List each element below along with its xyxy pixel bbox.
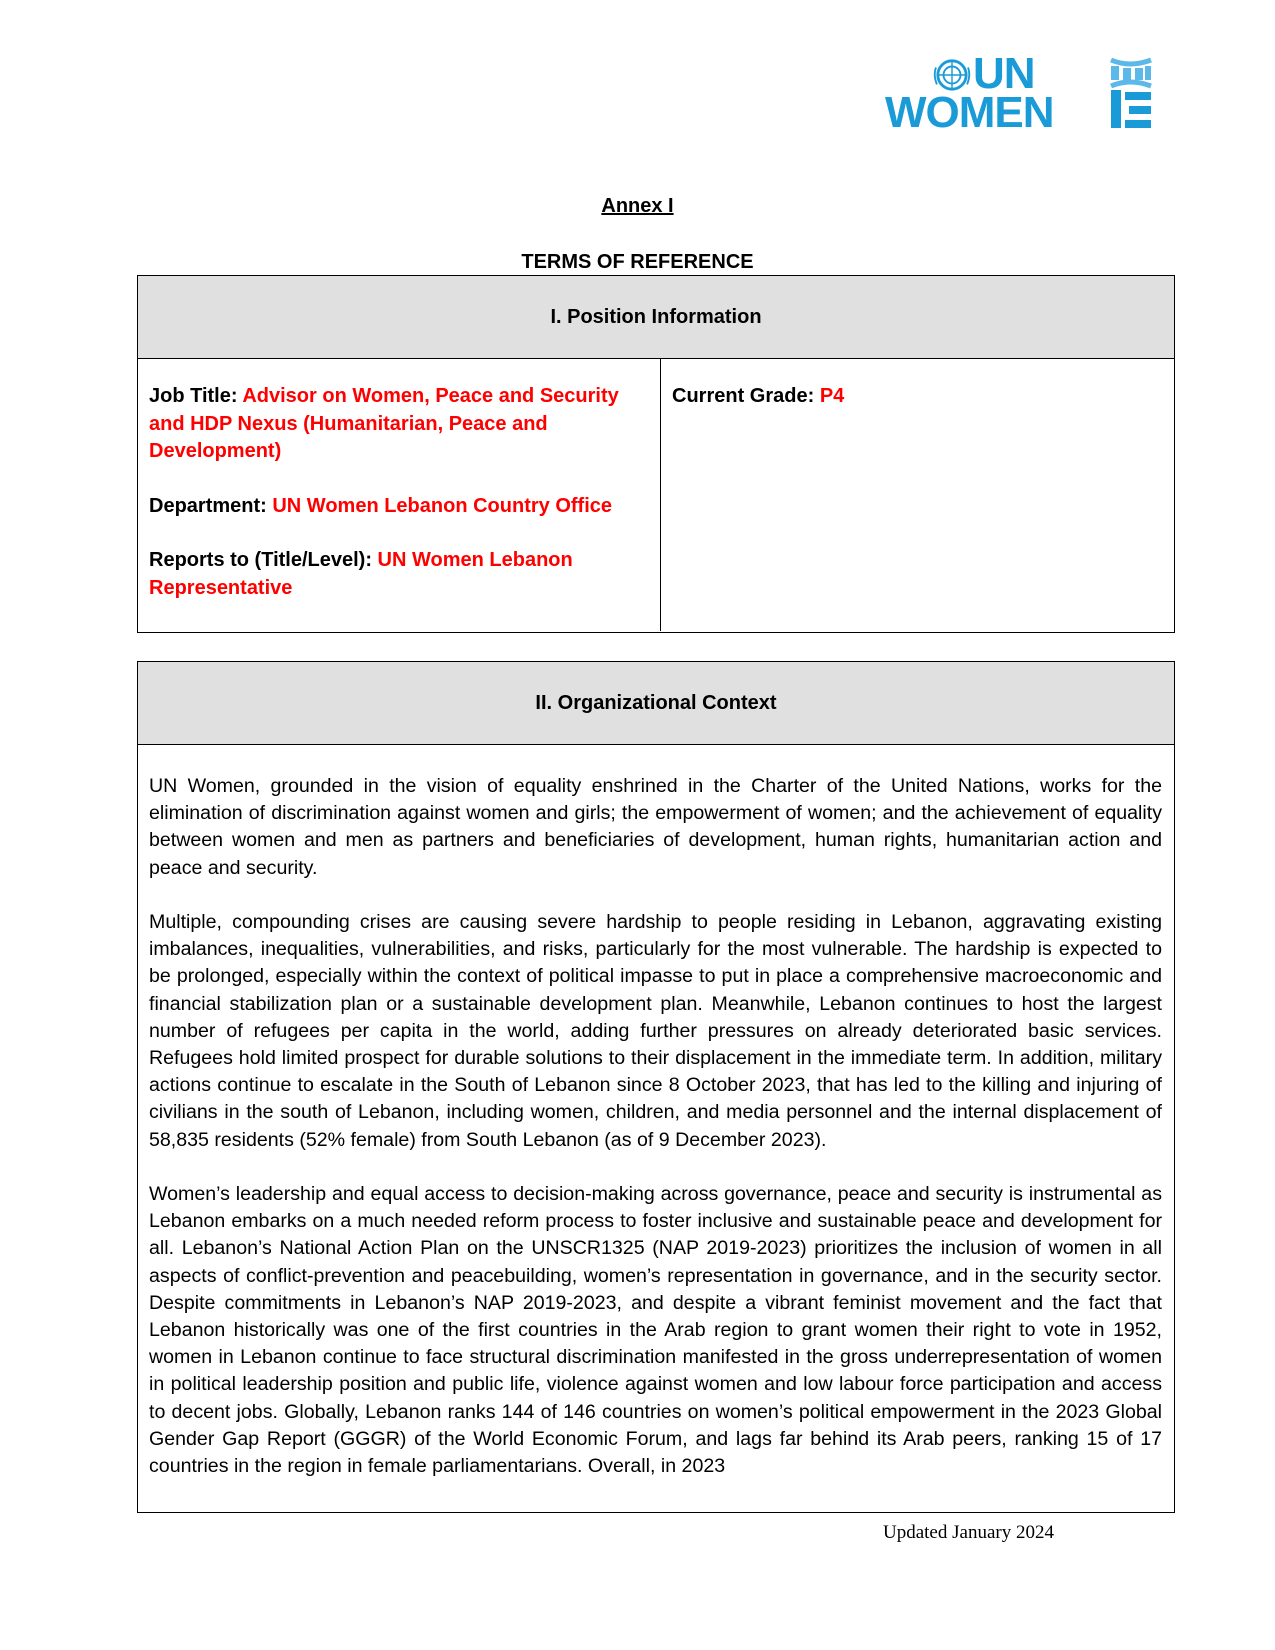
un-women-logo: UN WOMEN xyxy=(885,48,1155,136)
page-footer-updated-date: Updated January 2024 xyxy=(883,1522,1054,1544)
position-details-cell: Job Title: Advisor on Women, Peace and S… xyxy=(138,359,661,631)
logo-women-text: WOMEN xyxy=(885,92,1054,134)
department-value: UN Women Lebanon Country Office xyxy=(272,495,612,517)
section-heading-position-information: I. Position Information xyxy=(138,276,1174,359)
reports-to-field: Reports to (Title/Level): UN Women Leban… xyxy=(149,547,650,602)
context-paragraph: Women’s leadership and equal access to d… xyxy=(149,1181,1162,1480)
document-title: TERMS OF REFERENCE xyxy=(0,251,1275,274)
organizational-context-table: II. Organizational Context UN Women, gro… xyxy=(137,661,1175,1513)
position-information-table: I. Position Information Job Title: Advis… xyxy=(137,275,1175,633)
job-title-field: Job Title: Advisor on Women, Peace and S… xyxy=(149,383,650,466)
grade-cell: Current Grade: P4 xyxy=(661,359,1174,631)
section-heading-organizational-context: II. Organizational Context xyxy=(138,662,1174,745)
context-paragraph: Multiple, compounding crises are causing… xyxy=(149,909,1162,1154)
reports-to-label: Reports to (Title/Level): xyxy=(149,549,378,571)
department-field: Department: UN Women Lebanon Country Off… xyxy=(149,493,650,521)
job-title-label: Job Title: xyxy=(149,385,242,407)
organizational-context-body: UN Women, grounded in the vision of equa… xyxy=(138,745,1174,1480)
annex-title: Annex I xyxy=(0,195,1275,218)
grade-value: P4 xyxy=(820,385,844,407)
grade-label: Current Grade: xyxy=(672,385,820,407)
department-label: Department: xyxy=(149,495,272,517)
un-women-mark-icon xyxy=(1107,56,1153,132)
context-paragraph: UN Women, grounded in the vision of equa… xyxy=(149,773,1162,882)
un-emblem-icon xyxy=(933,58,971,92)
